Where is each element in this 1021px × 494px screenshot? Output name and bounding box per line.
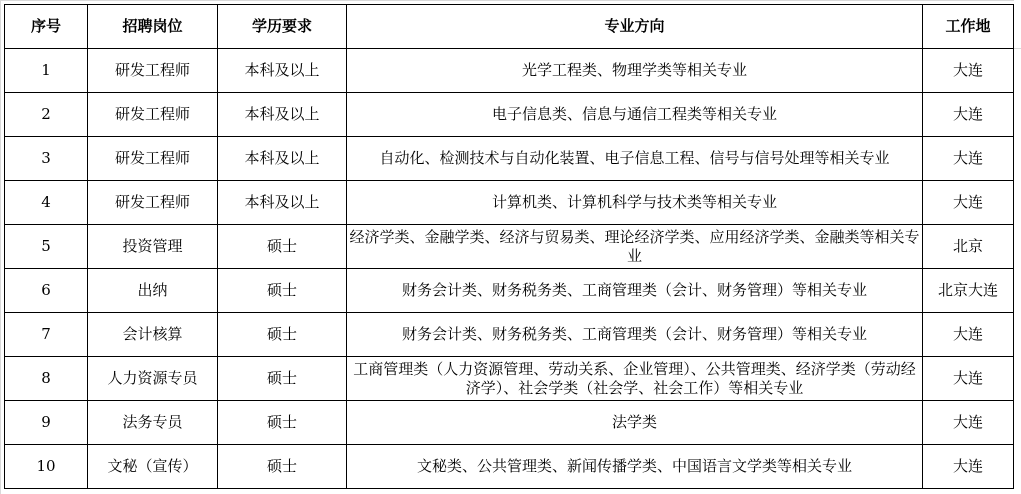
header-location[interactable]: 工作地 bbox=[923, 5, 1014, 49]
header-major[interactable]: 专业方向 bbox=[347, 5, 923, 49]
cell-education[interactable]: 硕士 bbox=[218, 357, 347, 401]
table-row: 7会计核算硕士财务会计类、财务税务类、工商管理类（会计、财务管理）等相关专业大连 bbox=[5, 313, 1014, 357]
cell-location[interactable]: 大连 bbox=[923, 137, 1014, 181]
cell-major[interactable]: 文秘类、公共管理类、新闻传播学类、中国语言文学类等相关专业 bbox=[347, 445, 923, 489]
cell-index[interactable]: 10 bbox=[5, 445, 88, 489]
cell-location[interactable]: 大连 bbox=[923, 181, 1014, 225]
cell-location[interactable]: 大连 bbox=[923, 49, 1014, 93]
table-row: 1研发工程师本科及以上光学工程类、物理学类等相关专业大连 bbox=[5, 49, 1014, 93]
cell-education[interactable]: 本科及以上 bbox=[218, 93, 347, 137]
cell-major[interactable]: 工商管理类（人力资源管理、劳动关系、企业管理）、公共管理类、经济学类（劳动经济学… bbox=[347, 357, 923, 401]
table-row: 6出纳硕士财务会计类、财务税务类、工商管理类（会计、财务管理）等相关专业北京大连 bbox=[5, 269, 1014, 313]
recruitment-table: 序号 招聘岗位 学历要求 专业方向 工作地 1研发工程师本科及以上光学工程类、物… bbox=[4, 4, 1014, 489]
cell-major[interactable]: 光学工程类、物理学类等相关专业 bbox=[347, 49, 923, 93]
cell-position[interactable]: 法务专员 bbox=[88, 401, 218, 445]
cell-location[interactable]: 大连 bbox=[923, 401, 1014, 445]
cell-position[interactable]: 研发工程师 bbox=[88, 137, 218, 181]
cell-location[interactable]: 大连 bbox=[923, 357, 1014, 401]
cell-major[interactable]: 电子信息类、信息与通信工程类等相关专业 bbox=[347, 93, 923, 137]
cell-index[interactable]: 9 bbox=[5, 401, 88, 445]
cell-position[interactable]: 研发工程师 bbox=[88, 93, 218, 137]
cell-education[interactable]: 硕士 bbox=[218, 445, 347, 489]
header-row: 序号 招聘岗位 学历要求 专业方向 工作地 bbox=[5, 5, 1014, 49]
cell-index[interactable]: 6 bbox=[5, 269, 88, 313]
cell-location[interactable]: 大连 bbox=[923, 313, 1014, 357]
cell-position[interactable]: 投资管理 bbox=[88, 225, 218, 269]
table-row: 5投资管理硕士经济学类、金融学类、经济与贸易类、理论经济学类、应用经济学类、金融… bbox=[5, 225, 1014, 269]
cell-index[interactable]: 1 bbox=[5, 49, 88, 93]
cell-position[interactable]: 研发工程师 bbox=[88, 181, 218, 225]
cell-major[interactable]: 经济学类、金融学类、经济与贸易类、理论经济学类、应用经济学类、金融类等相关专业 bbox=[347, 225, 923, 269]
table-row: 10文秘（宣传）硕士文秘类、公共管理类、新闻传播学类、中国语言文学类等相关专业大… bbox=[5, 445, 1014, 489]
table-row: 9法务专员硕士法学类大连 bbox=[5, 401, 1014, 445]
cell-location[interactable]: 大连 bbox=[923, 93, 1014, 137]
cell-position[interactable]: 会计核算 bbox=[88, 313, 218, 357]
table-row: 8人力资源专员硕士工商管理类（人力资源管理、劳动关系、企业管理）、公共管理类、经… bbox=[5, 357, 1014, 401]
cell-location[interactable]: 北京大连 bbox=[923, 269, 1014, 313]
cell-index[interactable]: 2 bbox=[5, 93, 88, 137]
header-education[interactable]: 学历要求 bbox=[218, 5, 347, 49]
table-row: 3研发工程师本科及以上自动化、检测技术与自动化装置、电子信息工程、信号与信号处理… bbox=[5, 137, 1014, 181]
cell-major[interactable]: 财务会计类、财务税务类、工商管理类（会计、财务管理）等相关专业 bbox=[347, 269, 923, 313]
cell-location[interactable]: 北京 bbox=[923, 225, 1014, 269]
cell-major[interactable]: 法学类 bbox=[347, 401, 923, 445]
cell-index[interactable]: 5 bbox=[5, 225, 88, 269]
cell-education[interactable]: 本科及以上 bbox=[218, 137, 347, 181]
cell-education[interactable]: 硕士 bbox=[218, 401, 347, 445]
cell-position[interactable]: 出纳 bbox=[88, 269, 218, 313]
cell-education[interactable]: 硕士 bbox=[218, 313, 347, 357]
cell-education[interactable]: 本科及以上 bbox=[218, 49, 347, 93]
cell-major[interactable]: 财务会计类、财务税务类、工商管理类（会计、财务管理）等相关专业 bbox=[347, 313, 923, 357]
cell-education[interactable]: 本科及以上 bbox=[218, 181, 347, 225]
cell-index[interactable]: 7 bbox=[5, 313, 88, 357]
header-index[interactable]: 序号 bbox=[5, 5, 88, 49]
table-row: 4研发工程师本科及以上计算机类、计算机科学与技术类等相关专业大连 bbox=[5, 181, 1014, 225]
cell-education[interactable]: 硕士 bbox=[218, 225, 347, 269]
cell-position[interactable]: 人力资源专员 bbox=[88, 357, 218, 401]
header-position[interactable]: 招聘岗位 bbox=[88, 5, 218, 49]
cell-index[interactable]: 3 bbox=[5, 137, 88, 181]
cell-position[interactable]: 研发工程师 bbox=[88, 49, 218, 93]
cell-major[interactable]: 自动化、检测技术与自动化装置、电子信息工程、信号与信号处理等相关专业 bbox=[347, 137, 923, 181]
cell-index[interactable]: 8 bbox=[5, 357, 88, 401]
cell-location[interactable]: 大连 bbox=[923, 445, 1014, 489]
cell-index[interactable]: 4 bbox=[5, 181, 88, 225]
cell-major[interactable]: 计算机类、计算机科学与技术类等相关专业 bbox=[347, 181, 923, 225]
table-row: 2研发工程师本科及以上电子信息类、信息与通信工程类等相关专业大连 bbox=[5, 93, 1014, 137]
sheet-edge bbox=[1014, 0, 1021, 494]
cell-education[interactable]: 硕士 bbox=[218, 269, 347, 313]
cell-position[interactable]: 文秘（宣传） bbox=[88, 445, 218, 489]
